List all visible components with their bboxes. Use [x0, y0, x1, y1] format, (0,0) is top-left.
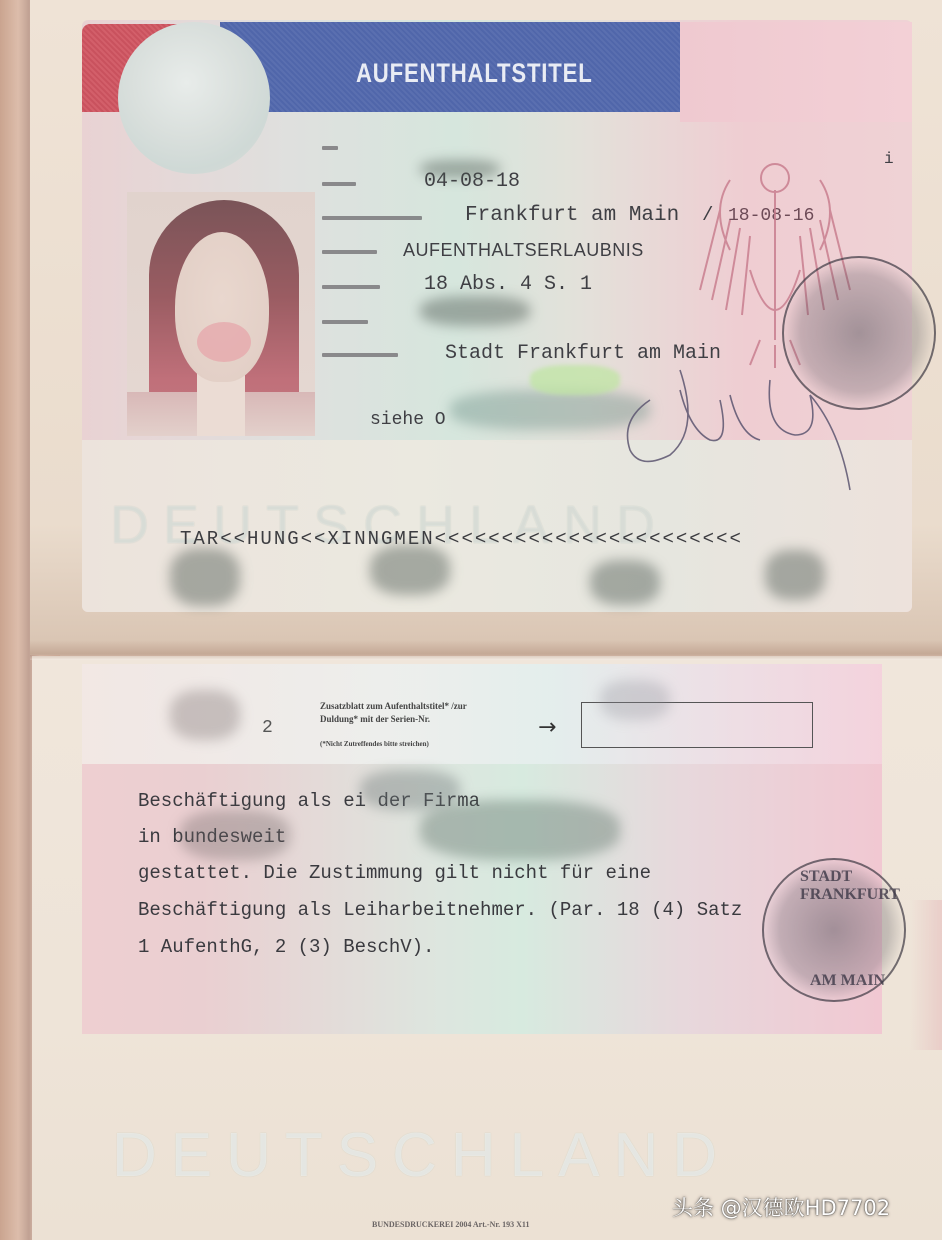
- arrow-right-icon: →: [538, 715, 556, 740]
- mrz-line: TAR<<HUNG<<XINNGMEN<<<<<<<<<<<<<<<<<<<<<…: [180, 528, 743, 550]
- credit-watermark: 头条 @汉德欧HD7702: [672, 1192, 890, 1222]
- redaction-smudge: [420, 800, 620, 860]
- redaction-smudge: [180, 810, 290, 860]
- watermark-deutschland-bottom: DEUTSCHLAND: [112, 1120, 731, 1191]
- printer-mark: BUNDESDRUCKEREI 2004 Art.-Nr. 193 X11: [372, 1220, 530, 1229]
- hologram-icon: [118, 22, 270, 174]
- redaction-smudge: [765, 550, 825, 600]
- green-patch: [530, 365, 620, 395]
- form-label-line1: Zusatzblatt zum Aufenthaltstitel* /zur: [320, 700, 467, 712]
- form-label-line2: Duldung* mit der Serien-Nr.: [320, 713, 430, 725]
- employment-line-3: gestattet. Die Zustimmung gilt nicht für…: [138, 862, 651, 884]
- page-number-mark: 2: [262, 718, 273, 738]
- employment-line-5: 1 AufenthG, 2 (3) BeschV).: [138, 936, 434, 958]
- holder-photo: [127, 192, 315, 436]
- field-label-type: [322, 250, 377, 254]
- side-mark: i: [884, 150, 894, 168]
- field-label-remarks: [322, 285, 380, 289]
- redaction-smudge: [600, 680, 670, 720]
- redaction-smudge: [370, 545, 450, 595]
- form-label-note: (*Nicht Zutreffendes bitte streichen): [320, 738, 429, 750]
- field-label-name: [322, 146, 338, 150]
- redaction-smudge: [360, 770, 460, 810]
- permit-type-value: AUFENTHALTSERLAUBNIS: [403, 240, 644, 261]
- remarks-value: 18 Abs. 4 S. 1: [424, 273, 592, 296]
- field-label-valid-until: [322, 182, 356, 186]
- stamp-text-top: STADT FRANKFURT: [800, 868, 942, 904]
- field-label-authority: [322, 353, 398, 357]
- page-fold: [30, 640, 942, 660]
- redaction-smudge: [170, 690, 240, 740]
- redaction-smudge: [170, 548, 240, 606]
- see-reference-value: siehe O: [370, 410, 446, 430]
- field-label-place-date: [322, 216, 422, 220]
- pink-header-area: [680, 22, 912, 122]
- permit-title: AUFENTHALTSTITEL: [356, 58, 618, 98]
- signature-icon: [620, 340, 880, 500]
- redaction-smudge: [420, 296, 530, 326]
- place-of-issue-value: Frankfurt am Main: [465, 204, 679, 227]
- redaction-smudge: [590, 560, 660, 605]
- redaction-smudge: [420, 160, 500, 178]
- pink-edge: [910, 900, 942, 1050]
- field-label-issued-by: [322, 320, 368, 324]
- photo-face-blur: [197, 322, 251, 362]
- employment-line-4: Beschäftigung als Leiharbeitnehmer. (Par…: [138, 899, 742, 921]
- stamp-text-bottom: AM MAIN: [810, 972, 885, 990]
